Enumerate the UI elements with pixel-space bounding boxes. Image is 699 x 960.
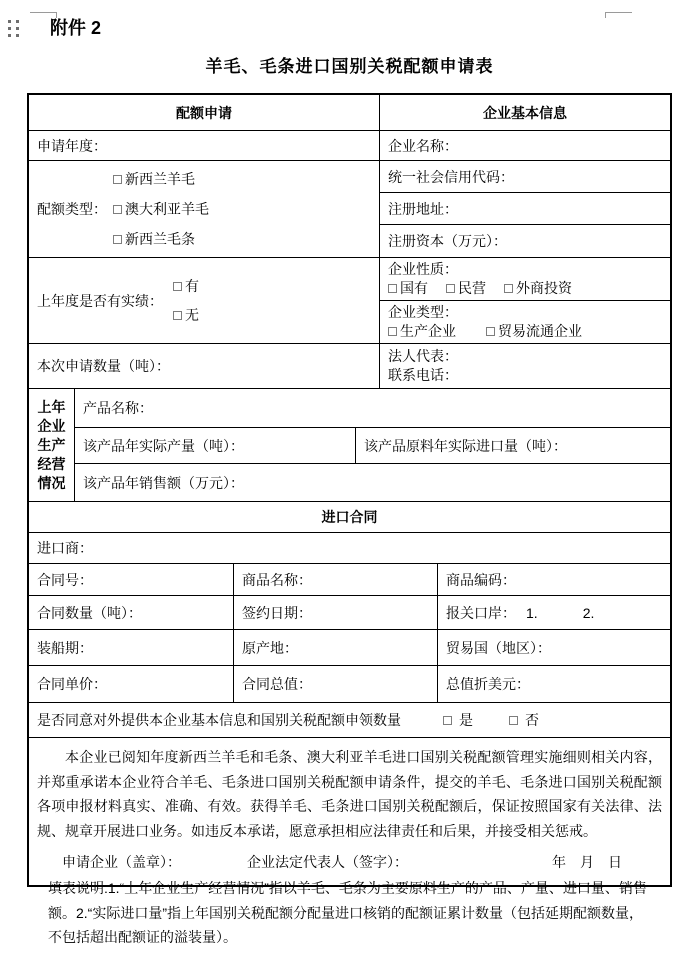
checkbox-consent-no[interactable]: [509, 716, 518, 725]
company-nature-options: 国有 民营 外商投资: [388, 279, 572, 298]
company-name-cell: 企业名称：: [379, 131, 670, 160]
legal-rep-sign-label: 企业法定代表人（签字）：: [247, 852, 408, 872]
checkbox-state-owned[interactable]: [388, 284, 397, 293]
application-form-table: 配额申请 企业基本信息 申请年度： 企业名称： 配额类型： 新西兰羊毛 澳大利亚…: [27, 93, 672, 887]
contract-no-row: 合同号： 商品名称： 商品编码：: [29, 563, 670, 595]
commodity-code-cell: 商品编码：: [437, 564, 670, 595]
apply-quantity-cell: 本次申请数量（吨）：: [29, 344, 379, 388]
company-type-options: 生产企业 贸易流通企业: [388, 322, 582, 341]
performance-row: 上年度是否有实绩： 有 无 企业性质： 国有: [29, 257, 670, 343]
performance-cell: 上年度是否有实绩： 有 无: [29, 258, 379, 343]
producer-label: 生产企业: [400, 322, 456, 341]
reg-address-cell: 注册地址：: [380, 192, 670, 224]
sign-date-cell: 签约日期：: [233, 596, 437, 629]
nature-type-stack: 企业性质： 国有 民营 外商投资 企业: [379, 258, 670, 343]
quota-application-header: 配额申请: [29, 95, 379, 130]
company-seal-label: 申请企业（盖章）：: [62, 852, 181, 872]
checkbox-nz-wool[interactable]: [113, 175, 122, 184]
declaration-row: 本企业已阅知年度新西兰羊毛和毛条、澳大利亚羊毛进口国别关税配额管理实施细则相关内…: [29, 737, 670, 885]
legal-rep-label: 法人代表：: [388, 347, 458, 366]
performance-option-yes: 有: [173, 276, 199, 296]
year-name-row: 申请年度： 企业名称：: [29, 130, 670, 160]
production-stack: 产品名称： 该产品年实际产量（吨）： 该产品原料年实际进口量（吨）： 该产品年销…: [74, 389, 670, 501]
apply-year-cell: 申请年度：: [29, 131, 379, 160]
performance-yes-label: 有: [185, 276, 199, 296]
company-info-header: 企业基本信息: [379, 95, 670, 130]
drag-handle-icon[interactable]: [8, 20, 19, 37]
unit-price-cell: 合同单价：: [29, 666, 233, 702]
legal-rep-cell: 法人代表： 联系电话：: [379, 344, 670, 388]
reg-capital-cell: 注册资本（万元）：: [380, 224, 670, 257]
checkbox-trading-company[interactable]: [486, 327, 495, 336]
company-nature-cell: 企业性质： 国有 民营 外商投资: [380, 258, 670, 300]
credit-code-cell: 统一社会信用代码：: [380, 161, 670, 192]
declaration-cell: 本企业已阅知年度新西兰羊毛和毛条、澳大利亚羊毛进口国别关税配额管理实施细则相关内…: [29, 738, 670, 885]
contract-no-cell: 合同号：: [29, 564, 233, 595]
consent-cell: 是否同意对外提供本企业基本信息和国别关税配额申领数量 是 否: [29, 703, 670, 737]
quota-type-options: 新西兰羊毛 澳大利亚羊毛 新西兰毛条: [113, 169, 209, 249]
total-value-cell: 合同总值：: [233, 666, 437, 702]
origin-cell: 原产地：: [233, 630, 437, 665]
checkbox-foreign-invested[interactable]: [504, 284, 513, 293]
quota-type-option-nz-wool: 新西兰羊毛: [113, 169, 209, 189]
trade-country-cell: 贸易国（地区）：: [437, 630, 670, 665]
performance-label: 上年度是否有实绩：: [37, 291, 163, 311]
contract-title-row: 进口合同: [29, 501, 670, 532]
annual-import-cell: 该产品原料年实际进口量（吨）：: [355, 428, 670, 463]
consent-row: 是否同意对外提供本企业基本信息和国别关税配额申领数量 是 否: [29, 702, 670, 737]
date-label: 年 月 日: [552, 852, 622, 872]
contract-quantity-cell: 合同数量（吨）：: [29, 596, 233, 629]
checkbox-producer[interactable]: [388, 327, 397, 336]
trading-company-label: 贸易流通企业: [498, 322, 582, 341]
consent-question: 是否同意对外提供本企业基本信息和国别关税配额申领数量: [37, 710, 401, 730]
type-option-producer: 生产企业: [388, 322, 456, 341]
phone-label: 联系电话：: [388, 366, 458, 385]
shipment-row: 装船期： 原产地： 贸易国（地区）：: [29, 629, 670, 665]
consent-option-no: 否: [509, 710, 539, 730]
importer-cell: 进口商：: [29, 533, 670, 563]
quantity-rep-row: 本次申请数量（吨）： 法人代表： 联系电话：: [29, 343, 670, 388]
annual-sales-cell: 该产品年销售额（万元）：: [75, 463, 670, 501]
consent-yes-label: 是: [459, 710, 473, 730]
checkbox-consent-yes[interactable]: [443, 716, 452, 725]
customs-port-label: 报关口岸：: [446, 603, 516, 623]
customs-port-cell: 报关口岸： 1. 2.: [437, 596, 670, 629]
contract-quantity-row: 合同数量（吨）： 签约日期： 报关口岸： 1. 2.: [29, 595, 670, 629]
state-owned-label: 国有: [400, 279, 428, 298]
annual-output-cell: 该产品年实际产量（吨）：: [75, 428, 355, 463]
nature-option-state: 国有: [388, 279, 428, 298]
declaration-text: 本企业已阅知年度新西兰羊毛和毛条、澳大利亚羊毛进口国别关税配额管理实施细则相关内…: [37, 745, 662, 843]
nz-wool-label: 新西兰羊毛: [125, 169, 195, 189]
quota-type-option-nz-wooltop: 新西兰毛条: [113, 229, 209, 249]
table-header-row: 配额申请 企业基本信息: [29, 95, 670, 130]
consent-option-yes: 是: [443, 710, 473, 730]
quota-type-label: 配额类型：: [37, 199, 107, 219]
checkbox-private[interactable]: [446, 284, 455, 293]
checkbox-nz-wooltop[interactable]: [113, 235, 122, 244]
private-label: 民营: [458, 279, 486, 298]
product-name-cell: 产品名称：: [75, 389, 670, 427]
nature-option-private: 民营: [446, 279, 486, 298]
price-row: 合同单价： 合同总值： 总值折美元：: [29, 665, 670, 702]
signature-row: 申请企业（盖章）： 企业法定代表人（签字）： 年 月 日: [62, 852, 622, 872]
performance-no-label: 无: [185, 305, 199, 325]
au-wool-label: 澳大利亚羊毛: [125, 199, 209, 219]
commodity-name-cell: 商品名称：: [233, 564, 437, 595]
importer-row: 进口商：: [29, 532, 670, 563]
checkbox-performance-yes[interactable]: [173, 282, 182, 291]
foreign-invested-label: 外商投资: [516, 279, 572, 298]
margin-mark-right-icon: [605, 12, 632, 18]
production-section-label: 上年 企业 生产 经营 情况: [29, 389, 74, 501]
document-title: 羊毛、毛条进口国别关税配额申请表: [0, 52, 699, 77]
performance-options: 有 无: [173, 276, 199, 325]
checkbox-performance-no[interactable]: [173, 311, 182, 320]
output-import-row: 该产品年实际产量（吨）： 该产品原料年实际进口量（吨）：: [75, 427, 670, 463]
company-type-cell: 企业类型： 生产企业 贸易流通企业: [380, 300, 670, 343]
consent-no-label: 否: [525, 710, 539, 730]
quota-type-option-au-wool: 澳大利亚羊毛: [113, 199, 209, 219]
port-item-1: 1.: [526, 605, 538, 621]
quota-type-cell: 配额类型： 新西兰羊毛 澳大利亚羊毛 新西兰毛条: [29, 161, 379, 257]
quota-type-row: 配额类型： 新西兰羊毛 澳大利亚羊毛 新西兰毛条 统一社会信用代码： 注册地址：: [29, 160, 670, 257]
nz-wooltop-label: 新西兰毛条: [125, 229, 195, 249]
nature-option-foreign: 外商投资: [504, 279, 572, 298]
performance-option-no: 无: [173, 305, 199, 325]
attachment-label: 附件 2: [50, 14, 101, 40]
type-option-trader: 贸易流通企业: [486, 322, 582, 341]
port-item-2: 2.: [583, 605, 595, 621]
company-nature-label: 企业性质：: [388, 260, 458, 279]
company-type-label: 企业类型：: [388, 303, 458, 322]
registration-stack: 统一社会信用代码： 注册地址： 注册资本（万元）：: [379, 161, 670, 257]
usd-value-cell: 总值折美元：: [437, 666, 670, 702]
shipment-period-cell: 装船期：: [29, 630, 233, 665]
checkbox-au-wool[interactable]: [113, 205, 122, 214]
contract-section-title: 进口合同: [29, 502, 670, 532]
form-instructions: 填表说明:1.“上年企业生产经营情况”指以羊毛、毛条为主要原料生产的产品、产量、…: [48, 876, 652, 950]
production-section-row: 上年 企业 生产 经营 情况 产品名称： 该产品年实际产量（吨）： 该产品原料年…: [29, 388, 670, 501]
